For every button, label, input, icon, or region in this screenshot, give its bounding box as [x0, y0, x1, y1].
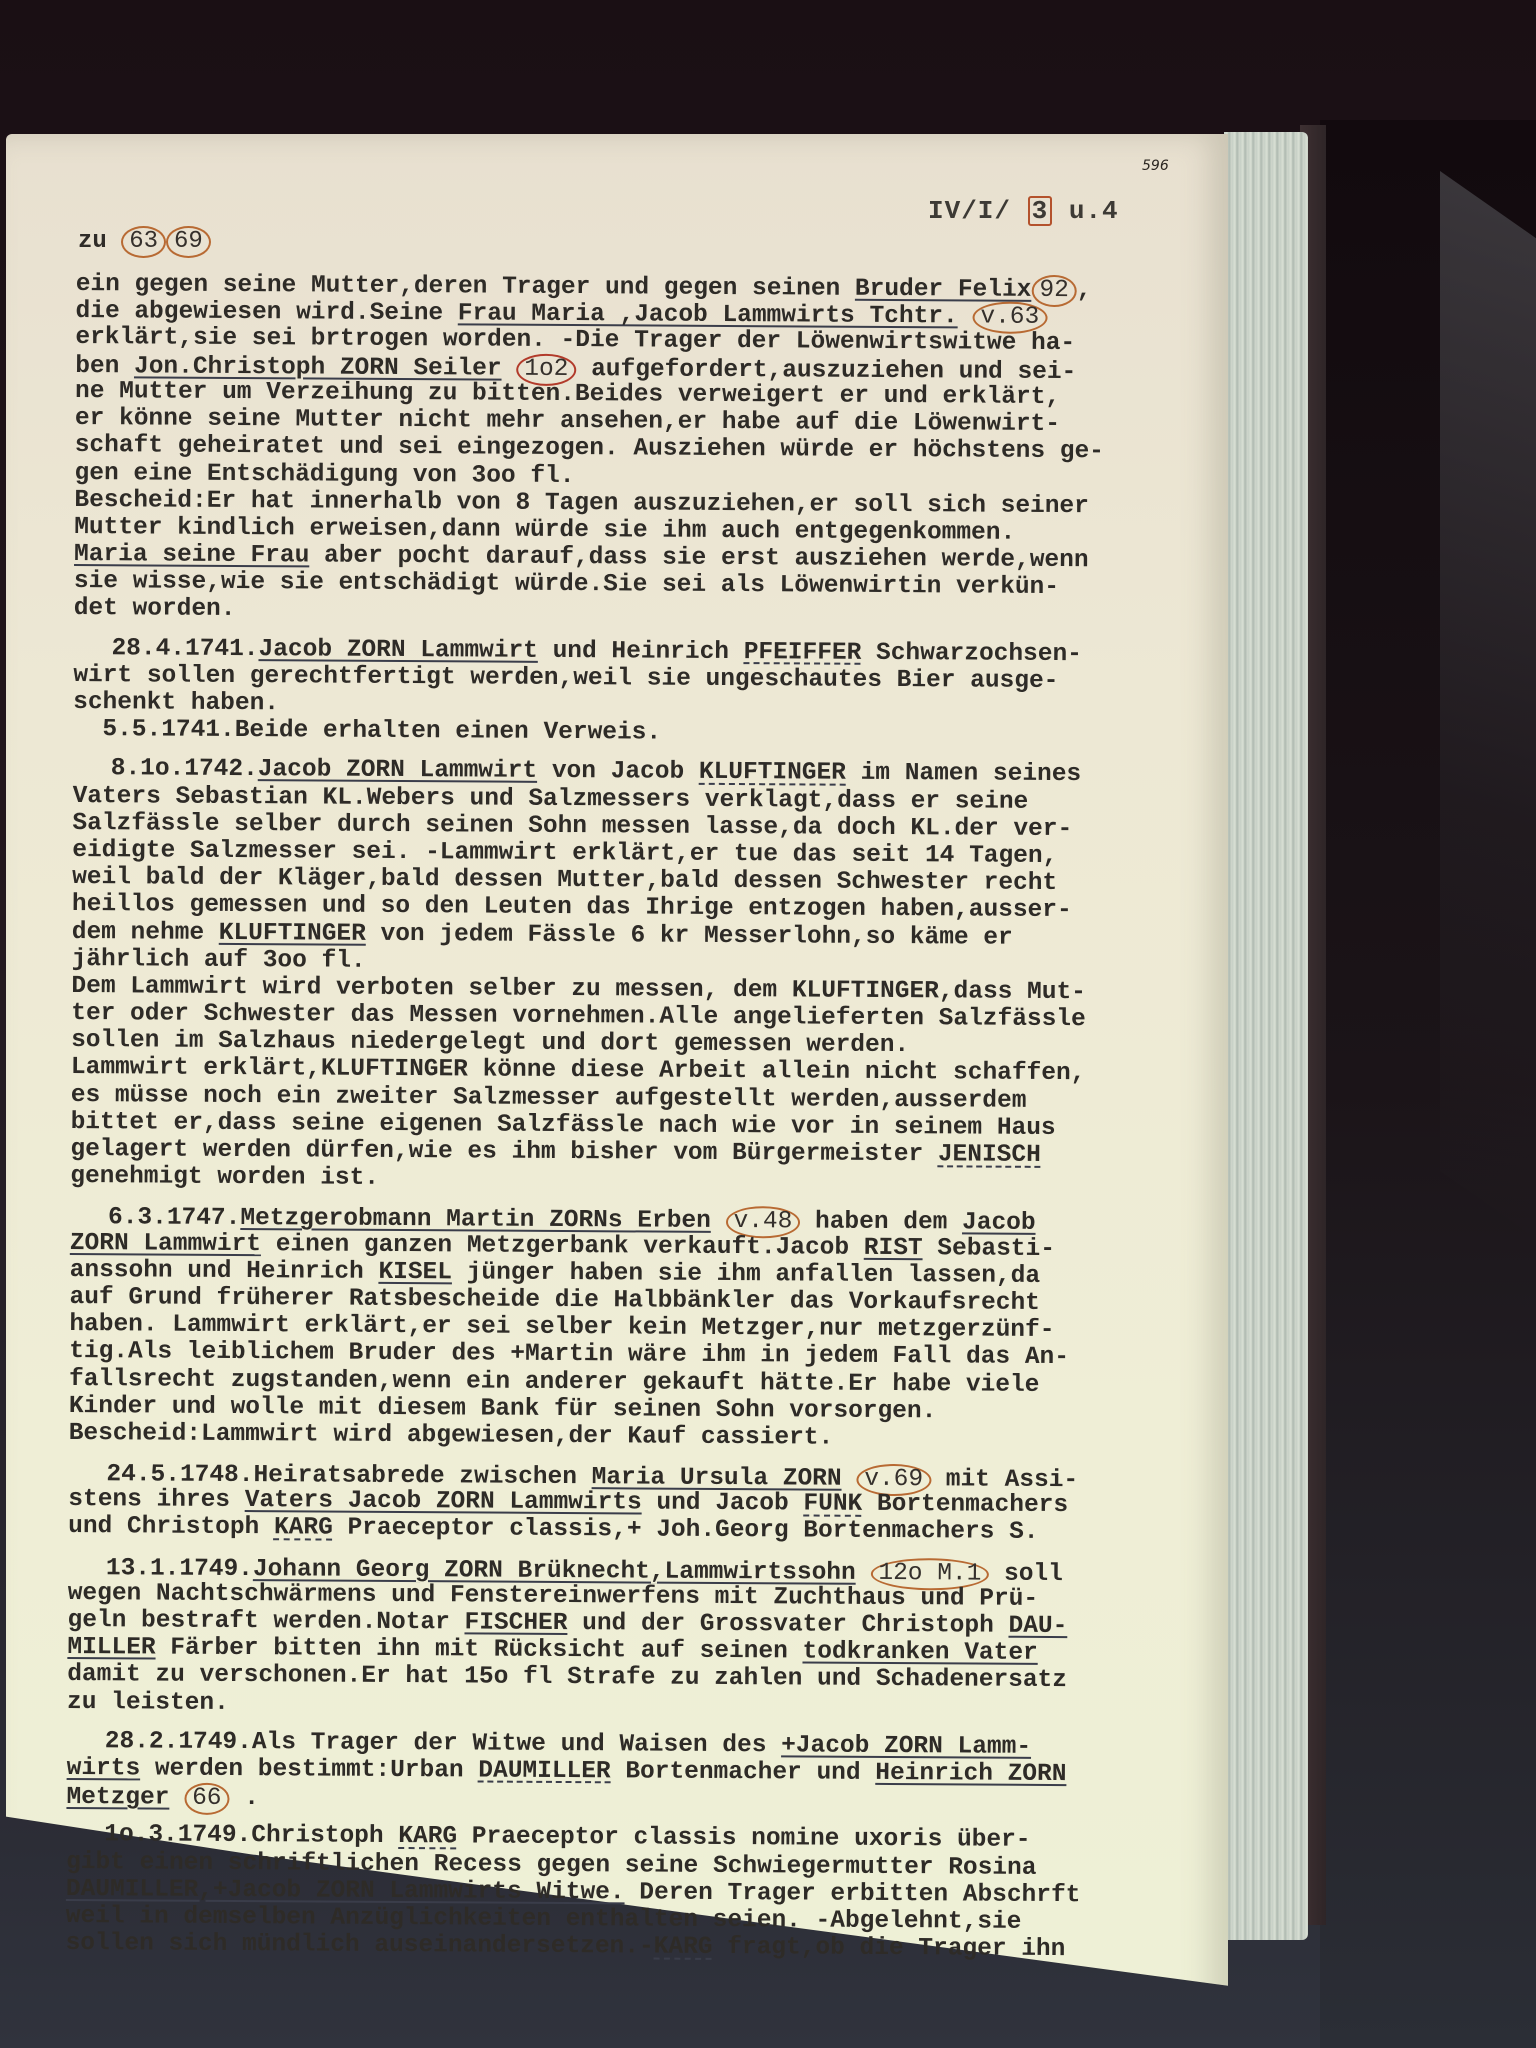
- text-segment: 28.2.1749.Als Trager der Witwe und Waise…: [105, 1728, 781, 1759]
- surname-marked: JENISCH: [938, 1141, 1041, 1169]
- text-segment: ,: [1077, 277, 1092, 304]
- text-segment: jünger haben sie ihm anfallen lassen,da: [452, 1259, 1040, 1290]
- reference-prefix: IV/I/: [928, 196, 1011, 226]
- underlined-name: DAU-: [1008, 1613, 1067, 1640]
- underlined-name: +Jacob ZORN Lamm-: [781, 1732, 1031, 1761]
- underlined-name: KLUFTINGER: [219, 919, 366, 947]
- text-segment: und Christoph: [68, 1513, 274, 1541]
- text-segment: und der Grossvater Christoph: [567, 1610, 1008, 1640]
- underlined-name: Metzger: [66, 1784, 169, 1812]
- underlined-name: Bruder Felix: [855, 276, 1032, 304]
- text-segment: Bescheid:Lammwirt wird abgewiesen,der Ka…: [69, 1420, 834, 1452]
- text-segment: ben: [75, 353, 134, 380]
- text-segment: genehmigt worden ist.: [70, 1163, 379, 1192]
- text-segment: Praeceptor classis nomine uxoris über-: [457, 1824, 1031, 1855]
- book-page-edges: [1224, 132, 1308, 1940]
- paragraph-p8: 1o.3.1749.Christoph KARG Praeceptor clas…: [66, 1821, 1207, 1964]
- text-segment: haben dem: [800, 1209, 962, 1237]
- underlined-name: RIST: [864, 1234, 923, 1261]
- text-segment: von jedem Fässle 6 kr Messerlohn,so käme…: [366, 920, 1013, 951]
- text-segment: jährlich auf 3oo fl.: [72, 946, 366, 975]
- underlined-name: Jacob ZORN Lammwirt: [258, 756, 538, 785]
- text-segment: im Namen seines: [846, 760, 1081, 788]
- text-segment: .: [229, 1785, 259, 1812]
- archive-reference: IV/I/ 3 u.4: [928, 196, 1119, 226]
- text-segment: schenkt haben.: [73, 689, 279, 717]
- underlined-name: Heinrich ZORN: [875, 1760, 1066, 1788]
- paragraph-p7: 28.2.1749.Als Trager der Witwe und Waise…: [66, 1728, 1206, 1817]
- paragraph-p4: 6.3.1747.Metzgerobmann Martin ZORNs Erbe…: [69, 1202, 1210, 1454]
- text-segment: soll: [989, 1560, 1063, 1587]
- surname-marked: DAUMILLER: [478, 1757, 610, 1785]
- typewritten-text: ein gegen seine Mutter,deren Trager und …: [66, 242, 1216, 1964]
- surname-marked: KARG: [274, 1515, 333, 1542]
- underlined-name: MILLER: [67, 1634, 155, 1662]
- underlined-name: FISCHER: [464, 1609, 567, 1637]
- underlined-name: Maria seine Frau: [74, 541, 309, 569]
- text-segment: sollen sich mündlich auseinandersetzen.-: [66, 1930, 654, 1961]
- text-segment: 1o.3.1749.Christoph: [104, 1822, 398, 1851]
- paragraph-p1: ein gegen seine Mutter,deren Trager und …: [74, 269, 1216, 629]
- underlined-name: todkranken Vater: [802, 1639, 1037, 1667]
- underlined-name: Maria Ursula ZORN: [592, 1464, 842, 1493]
- folio-number: 596: [1142, 158, 1169, 174]
- reference-suffix: u.4: [1069, 196, 1119, 226]
- underlined-name: wirts: [67, 1755, 141, 1782]
- text-segment: det worden.: [74, 595, 236, 623]
- text-segment: Bortenmacher und: [611, 1758, 876, 1787]
- text-segment: Deren Trager erbitten Abschrft: [625, 1879, 1081, 1909]
- background-shadow: [1440, 171, 1536, 1269]
- paragraph-p3: 8.1o.1742.Jacob ZORN Lammwirt von Jacob …: [70, 755, 1213, 1197]
- surname-marked: KARG: [398, 1823, 457, 1850]
- text-segment: gen eine Entschädigung von 3oo fl.: [75, 459, 575, 489]
- text-segment: 5.5.1741.Beide erhalten einen Verweis.: [73, 716, 661, 747]
- text-segment: und Jacob: [642, 1490, 804, 1518]
- text-segment: [842, 1466, 857, 1493]
- text-segment: [169, 1785, 184, 1812]
- text-segment: Färber bitten ihn mit Rücksicht auf sein…: [156, 1635, 803, 1666]
- paragraph-p6: 13.1.1749.Johann Georg ZORN Brüknecht,La…: [67, 1553, 1208, 1723]
- underlined-name: DAUMILLER,+Jacob ZORN Lammwirts Witwe.: [66, 1876, 625, 1906]
- text-segment: werden bestimmt:Urban: [140, 1755, 478, 1784]
- surname-marked: KARG: [654, 1934, 713, 1961]
- text-segment: und Heinrich: [538, 637, 744, 665]
- text-segment: anssohn und Heinrich: [70, 1257, 379, 1286]
- text-segment: [711, 1208, 726, 1235]
- text-segment: 13.1.1749.: [106, 1555, 253, 1583]
- text-segment: [958, 304, 973, 331]
- text-segment: fragt,ob die Trager ihn: [712, 1934, 1065, 1963]
- reference-boxed-number: 3: [1028, 196, 1053, 226]
- circled-annotation: 66: [184, 1783, 230, 1815]
- text-segment: Sebasti-: [923, 1235, 1055, 1263]
- text-segment: Schwarzochsen-: [861, 639, 1082, 667]
- text-segment: geln bestraft werden.Notar: [67, 1607, 464, 1636]
- surname-marked: PFEIFFER: [744, 639, 862, 667]
- text-segment: zu leisten.: [67, 1689, 229, 1717]
- surname-marked: KLUFTINGER: [699, 759, 846, 787]
- text-segment: Praeceptor classis,+ Joh.Georg Bortenmac…: [333, 1515, 1039, 1546]
- text-line: sollen sich mündlich auseinandersetzen.-…: [66, 1930, 1206, 1964]
- text-segment: von Jacob: [537, 758, 699, 786]
- text-segment: 6.3.1747.: [108, 1205, 240, 1233]
- text-segment: einen ganzen Metzgerbank verkauft.Jacob: [261, 1231, 864, 1262]
- underlined-name: ZORN Lammwirt: [70, 1230, 261, 1258]
- paragraph-p5: 24.5.1748.Heiratsabrede zwischen Maria U…: [68, 1459, 1208, 1548]
- underlined-name: Jacob: [962, 1210, 1036, 1237]
- text-segment: stens ihres: [68, 1486, 245, 1514]
- underlined-name: Vaters Jacob ZORN Lammwirts: [245, 1487, 642, 1516]
- text-segment: 28.4.1741.: [111, 635, 258, 663]
- paragraph-p2: 28.4.1741.Jacob ZORN Lammwirt und Heinri…: [73, 635, 1214, 751]
- text-segment: Bortenmachers: [862, 1491, 1068, 1519]
- underlined-name: KISEL: [378, 1259, 452, 1286]
- underlined-name: Jacob ZORN Lammwirt: [258, 636, 538, 665]
- text-segment: [856, 1559, 871, 1586]
- text-segment: 8.1o.1742.: [111, 756, 258, 784]
- text-segment: dem nehme: [72, 918, 219, 946]
- surname-marked: FUNK: [803, 1491, 862, 1518]
- text-segment: [502, 355, 517, 382]
- text-segment: mit Assi-: [931, 1466, 1078, 1494]
